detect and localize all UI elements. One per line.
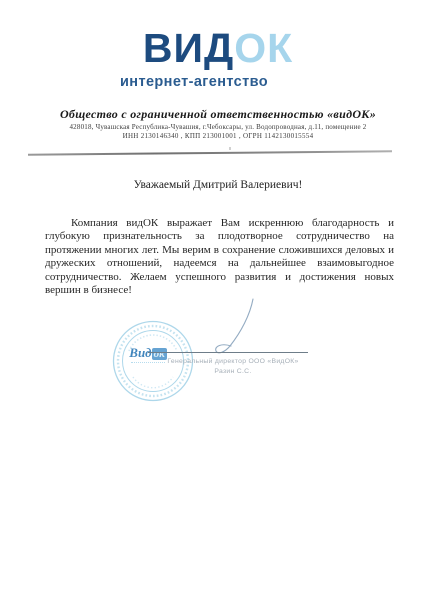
- director-title: Генеральный директор ООО «ВидОК»: [157, 357, 309, 367]
- logo-text-dark: ВИД: [143, 25, 234, 71]
- letter-greeting: Уважаемый Дмитрий Валериевич!: [0, 179, 436, 191]
- header-divider-line: [28, 150, 392, 155]
- handwritten-signature: [140, 285, 340, 365]
- director-name: Разин С.С.: [157, 367, 309, 377]
- company-name: Общество с ограниченной ответственностью…: [0, 107, 436, 122]
- director-caption: Генеральный директор ООО «ВидОК» Разин С…: [157, 357, 309, 377]
- company-address: 428018, Чувашская Республика-Чувашия, г.…: [0, 123, 436, 131]
- scanned-letter-page: ВИДОК интернет-агентство Общество с огра…: [0, 0, 436, 600]
- logo-text-light: ОК: [234, 25, 293, 71]
- scan-artifact: [229, 147, 231, 150]
- logo-subtitle: интернет-агентство: [0, 74, 412, 90]
- company-registration: ИНН 2130146340 , КПП 213001001 , ОГРН 11…: [0, 132, 436, 140]
- company-logo: ВИДОК: [0, 28, 436, 69]
